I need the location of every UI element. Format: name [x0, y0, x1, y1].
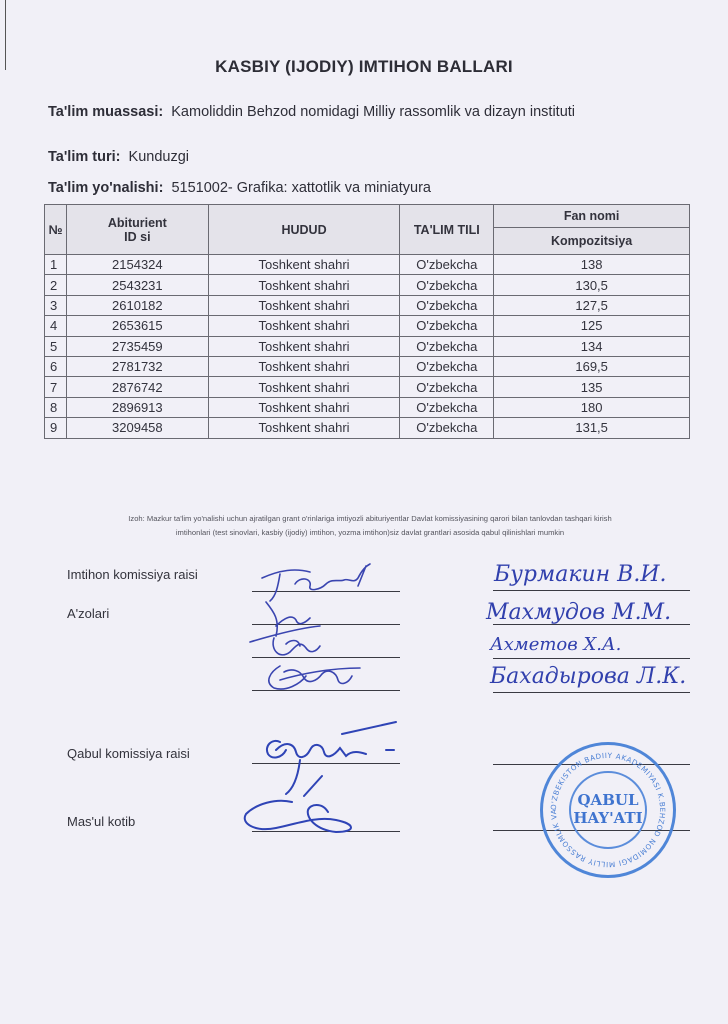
name-line: [493, 590, 690, 591]
stamp-center-line2: HAY'ATI: [543, 809, 673, 827]
cell-number: 6: [45, 356, 67, 376]
cell-language: O'zbekcha: [400, 397, 494, 417]
header-region: HUDUD: [208, 205, 400, 255]
study-type-field: Ta'lim turi: Kunduzgi: [48, 149, 189, 165]
table-row: 72876742Toshkent shahriO'zbekcha135: [45, 377, 690, 397]
table-row: 52735459Toshkent shahriO'zbekcha134: [45, 336, 690, 356]
cell-language: O'zbekcha: [400, 316, 494, 336]
cell-score: 125: [494, 316, 690, 336]
admission-chair-label: Qabul komissiya raisi: [67, 746, 190, 761]
cell-region: Toshkent shahri: [208, 316, 400, 336]
cell-language: O'zbekcha: [400, 336, 494, 356]
cell-score: 169,5: [494, 356, 690, 376]
cell-region: Toshkent shahri: [208, 397, 400, 417]
cell-number: 9: [45, 418, 67, 438]
cell-language: O'zbekcha: [400, 377, 494, 397]
members-label: A'zolari: [67, 606, 109, 621]
cell-applicant-id: 2876742: [66, 377, 208, 397]
cell-applicant-id: 2735459: [66, 336, 208, 356]
cell-number: 2: [45, 275, 67, 295]
signature-scribbles-left: [240, 556, 420, 706]
header-applicant-id-line1: Abiturient: [67, 216, 208, 230]
header-subject: Kompozitsiya: [494, 228, 690, 255]
note-line2: imtihonlari (test sinovlari, kasbiy (ijo…: [60, 526, 680, 540]
program-value: 5151002- Grafika: xattotlik va miniatyur…: [171, 180, 431, 196]
cell-language: O'zbekcha: [400, 295, 494, 315]
admission-committee-stamp: O'ZBEKISTON BADIIY AKADEMIYASI K.BEHZOD …: [540, 742, 676, 878]
cell-score: 138: [494, 255, 690, 275]
cell-language: O'zbekcha: [400, 356, 494, 376]
cell-region: Toshkent shahri: [208, 275, 400, 295]
cell-applicant-id: 2610182: [66, 295, 208, 315]
table-row: 62781732Toshkent shahriO'zbekcha169,5: [45, 356, 690, 376]
study-type-label: Ta'lim turi:: [48, 149, 120, 165]
cell-language: O'zbekcha: [400, 418, 494, 438]
cell-language: O'zbekcha: [400, 255, 494, 275]
cell-number: 4: [45, 316, 67, 336]
header-number: №: [45, 205, 67, 255]
cell-applicant-id: 2543231: [66, 275, 208, 295]
exam-chair-label: Imtihon komissiya raisi: [67, 567, 198, 582]
scores-table: № Abiturient ID si HUDUD TA'LIM TILI Fan…: [44, 204, 690, 439]
cell-score: 127,5: [494, 295, 690, 315]
header-applicant-id: Abiturient ID si: [66, 205, 208, 255]
cell-region: Toshkent shahri: [208, 356, 400, 376]
handwritten-name-member-2: Ахметов Х.А.: [490, 634, 621, 655]
cell-number: 5: [45, 336, 67, 356]
note-line1: Izoh: Mazkur ta'lim yo'nalishi uchun ajr…: [60, 512, 680, 526]
cell-score: 180: [494, 397, 690, 417]
cell-applicant-id: 2896913: [66, 397, 208, 417]
cell-applicant-id: 2154324: [66, 255, 208, 275]
cell-region: Toshkent shahri: [208, 336, 400, 356]
cell-number: 1: [45, 255, 67, 275]
note: Izoh: Mazkur ta'lim yo'nalishi uchun ajr…: [60, 512, 680, 540]
cell-score: 130,5: [494, 275, 690, 295]
cell-score: 135: [494, 377, 690, 397]
header-applicant-id-line2: ID si: [67, 230, 208, 244]
institution-field: Ta'lim muassasi: Kamoliddin Behzod nomid…: [48, 104, 575, 120]
table-row: 82896913Toshkent shahriO'zbekcha180: [45, 397, 690, 417]
cell-region: Toshkent shahri: [208, 418, 400, 438]
name-line: [493, 692, 690, 693]
cell-number: 7: [45, 377, 67, 397]
name-line: [493, 658, 690, 659]
table-row: 93209458Toshkent shahriO'zbekcha131,5: [45, 418, 690, 438]
cell-number: 8: [45, 397, 67, 417]
program-label: Ta'lim yo'nalishi:: [48, 180, 163, 196]
handwritten-name-member-1: Махмудов М.М.: [486, 600, 671, 625]
table-row: 32610182Toshkent shahriO'zbekcha127,5: [45, 295, 690, 315]
institution-value: Kamoliddin Behzod nomidagi Milliy rassom…: [171, 104, 575, 120]
program-field: Ta'lim yo'nalishi: 5151002- Grafika: xat…: [48, 180, 431, 196]
stamp-center-line1: QABUL: [543, 791, 673, 809]
handwritten-name-chair: Бурмакин В.И.: [494, 562, 667, 587]
cell-region: Toshkent shahri: [208, 255, 400, 275]
table-row: 22543231Toshkent shahriO'zbekcha130,5: [45, 275, 690, 295]
cell-applicant-id: 2781732: [66, 356, 208, 376]
header-subject-group: Fan nomi: [494, 205, 690, 228]
signature-scribbles-bottom: [236, 720, 436, 840]
cell-applicant-id: 3209458: [66, 418, 208, 438]
cell-region: Toshkent shahri: [208, 295, 400, 315]
handwritten-name-member-3: Бахадырова Л.К.: [490, 664, 686, 689]
cell-number: 3: [45, 295, 67, 315]
cell-region: Toshkent shahri: [208, 377, 400, 397]
table-row: 12154324Toshkent shahriO'zbekcha138: [45, 255, 690, 275]
cell-applicant-id: 2653615: [66, 316, 208, 336]
institution-label: Ta'lim muassasi:: [48, 104, 163, 120]
study-type-value: Kunduzgi: [129, 149, 189, 165]
cell-score: 134: [494, 336, 690, 356]
cell-score: 131,5: [494, 418, 690, 438]
document-title: KASBIY (IJODIY) IMTIHON BALLARI: [0, 57, 728, 77]
header-language: TA'LIM TILI: [400, 205, 494, 255]
secretary-label: Mas'ul kotib: [67, 814, 135, 829]
table-row: 42653615Toshkent shahriO'zbekcha125: [45, 316, 690, 336]
cell-language: O'zbekcha: [400, 275, 494, 295]
